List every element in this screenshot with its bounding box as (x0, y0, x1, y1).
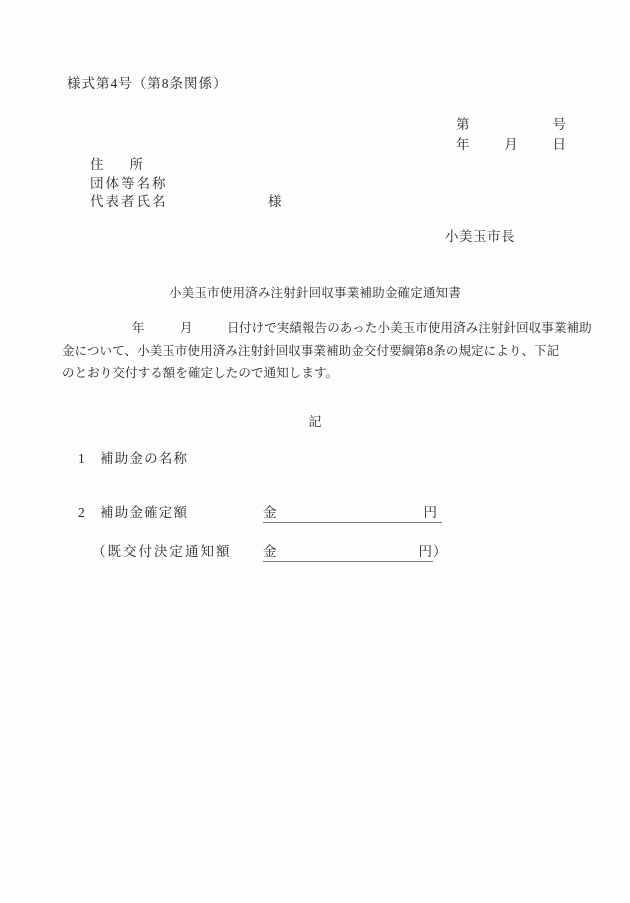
date-month-label: 月 (504, 135, 518, 154)
date-day-label: 日 (553, 135, 567, 154)
previous-amount-close-paren: ） (433, 542, 447, 561)
item2-confirmed-amount-label: 補助金確定額 (100, 503, 188, 522)
address-label-char2: 所 (130, 155, 144, 174)
body-date-year: 年 (132, 319, 145, 338)
doc-number-suffix: 号 (553, 115, 567, 134)
confirmed-amount-currency-prefix: 金 (263, 503, 277, 522)
body-paragraph-line2: 金について、小美玉市使用済み注射針回収事業補助金交付要綱第8条の規定により、下記 (62, 342, 559, 361)
item2-number: 2 (78, 503, 85, 522)
doc-number-line: 第 号 (456, 115, 566, 134)
address-label-char1: 住 (90, 155, 104, 174)
sender-mayor-title: 小美玉市長 (445, 227, 515, 246)
issue-date-line: 年 月 日 (456, 135, 566, 154)
doc-number-prefix: 第 (456, 115, 470, 134)
honorific-sama: 様 (268, 192, 282, 211)
date-year-label: 年 (456, 135, 470, 154)
recipient-address-label: 住 所 (90, 155, 143, 174)
body-paragraph-line3: のとおり交付する額を確定したので通知します。 (62, 364, 338, 383)
body-date-month: 月 (180, 319, 193, 338)
confirmed-amount-currency-suffix: 円 (424, 503, 443, 522)
document-title: 小美玉市使用済み注射針回収事業補助金確定通知書 (0, 284, 630, 303)
confirmed-amount-blank-field: 金 円 (263, 503, 442, 523)
recipient-representative-label: 代表者氏名 (90, 192, 168, 211)
previous-amount-currency-prefix: 金 (263, 542, 277, 561)
previous-decision-amount-blank-field: 金 円 (263, 542, 433, 562)
form-number: 様式第4号（第8条関係） (67, 74, 228, 93)
item1-subsidy-name-label: 補助金の名称 (100, 449, 188, 468)
body-paragraph-line1: 付けで実績報告のあった小美玉市使用済み注射針回収事業補助 (239, 319, 592, 338)
previous-amount-currency-suffix: 円 (419, 542, 434, 561)
item1-number: 1 (78, 449, 85, 468)
recipient-organization-label: 団体等名称 (90, 174, 168, 193)
record-marker: 記 (0, 412, 630, 431)
previous-decision-amount-label: （既交付決定通知額 (92, 542, 232, 561)
document-page: 様式第4号（第8条関係） 第 号 年 月 日 住 所 団体等名称 代表者氏名 様… (0, 0, 630, 903)
body-date-day: 日 (227, 319, 240, 338)
